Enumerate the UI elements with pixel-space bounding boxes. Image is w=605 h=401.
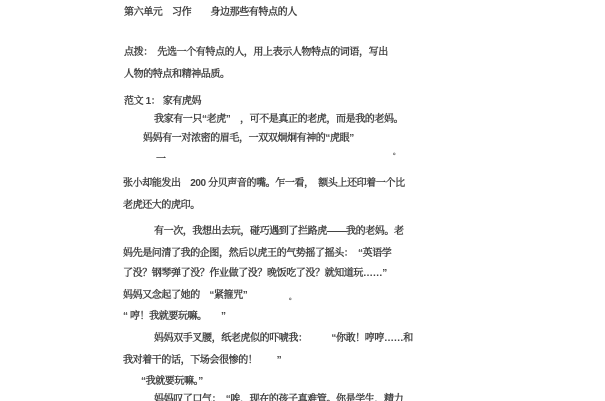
text-line: 张小却能发出 200 分贝声音的嘴。乍一看， 额头上还印着一个比 (123, 177, 405, 190)
text-line: 老虎还大的虎印。 (123, 199, 200, 212)
text-line: 一 (156, 153, 166, 166)
document-page: 第六单元 习作 身边那些有特点的人点拨： 先选一个有特点的人，用上表示人物特点的… (0, 0, 605, 401)
text-line: 点拨： 先选一个有特点的人，用上表示人物特点的词语，写出 (124, 46, 388, 59)
document-header: 第六单元 习作 身边那些有特点的人 (124, 6, 297, 19)
text-line: 妈妈叹了口气： “唉，现在的孩子真难管。你是学生，精力 (154, 393, 403, 401)
text-line: 范文 1： 家有虎妈 (124, 95, 201, 108)
text-line: 我对着干的话，下场会很惨的！ ” (123, 354, 281, 367)
text-line: 有一次，我想出去玩，碰巧遇到了拦路虎——我的老妈。老 (154, 225, 404, 238)
text-line: 了没？钢琴弹了没？作业做了没？晚饭吃了没？就知道玩……” (123, 267, 387, 280)
text-line: 。 (393, 146, 400, 159)
text-line: 妈妈又念起了她的 “紧箍咒” (123, 289, 247, 302)
text-line: 妈妈有一对浓密的眉毛，一双双炯炯有神的“虎眼” (143, 132, 354, 145)
text-line: 人物的特点和精神品质。 (124, 68, 230, 81)
text-line: 妈先是问清了我的企图，然后以虎王的气势摇了摇头： “英语学 (123, 247, 391, 260)
text-line: 我家有一只“老虎” ，可不是真正的老虎，而是我的老妈。 (154, 113, 403, 126)
text-line: “ 哼！我就要玩嘛。 ” (123, 310, 226, 323)
text-line: “我就要玩嘛。” (141, 375, 203, 388)
text-line: 。 (289, 291, 296, 304)
text-line: 妈妈双手叉腰，纸老虎似的吓唬我： “你敢！哼哼……和 (154, 332, 413, 345)
